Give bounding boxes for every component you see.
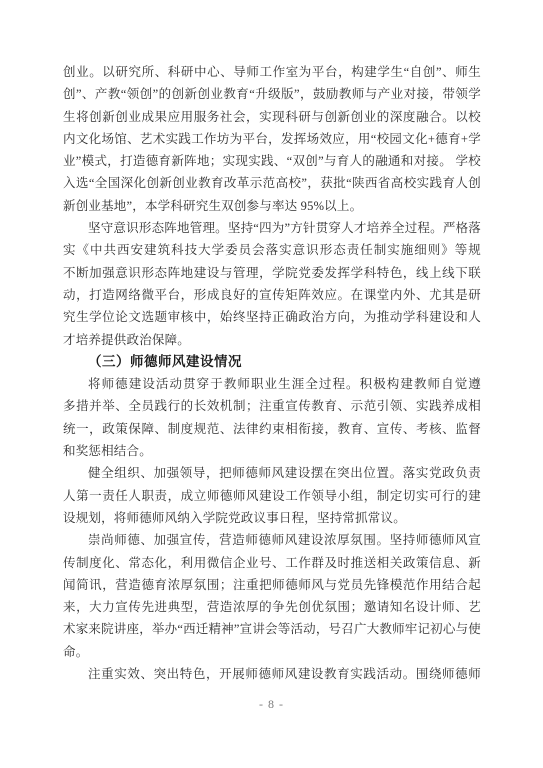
section-heading: （三）师德师风建设情况 bbox=[63, 351, 481, 373]
text-line: 究生学位论文选题审核中，始终坚持正确政治方向，为推动学科建设和人 bbox=[63, 306, 481, 328]
text-line: 和奖惩相结合。 bbox=[63, 440, 481, 462]
text-line: 创业。以研究所、科研中心、导师工作室为平台，构建学生“自创”、师生“同 bbox=[63, 61, 481, 83]
text-line: 人第一责任人职责，成立师德师风建设工作领导小组，制定切实可行的建 bbox=[63, 485, 481, 507]
text-line: 健全组织、加强领导，把师德师风建设摆在突出位置。落实党政负责 bbox=[63, 462, 481, 484]
text-line: 动，打造网络微平台，形成良好的宣传矩阵效应。在课堂内外、尤其是研 bbox=[63, 284, 481, 306]
text-line: 创”、产教“领创”的创新创业教育“升级版”，鼓励教师与产业对接，带领学 bbox=[63, 83, 481, 105]
text-line: 术家来院讲座，举办“西迁精神”宣讲会等活动，号召广大教师牢记初心与使 bbox=[63, 618, 481, 640]
text-line: 不断加强意识形态阵地建设与管理，学院党委发挥学科特色，线上线下联 bbox=[63, 262, 481, 284]
text-line: 闻简讯，营造德育浓厚氛围；注重把师德师风与党员先锋模范作用结合起 bbox=[63, 574, 481, 596]
text-line: 注重实效、突出特色，开展师德师风建设教育实践活动。围绕师德师 bbox=[63, 663, 481, 685]
text-line: 业”模式，打造德育新阵地；实现实践、“双创”与育人的融通和对接。 学校 bbox=[63, 150, 481, 172]
text-line: 崇尚师德、加强宣传，营造师德师风建设浓厚氛围。坚持师德师风宣 bbox=[63, 529, 481, 551]
text-line: 入选“全国深化创新创业教育改革示范高校”，获批“陕西省高校实践育人创 bbox=[63, 172, 481, 194]
text-line: 坚守意识形态阵地管理。坚持“四为”方针贯穿人才培养全过程。严格落 bbox=[63, 217, 481, 239]
text-line: 实《中共西安建筑科技大学委员会落实意识形态责任制实施细则》等规定， bbox=[63, 239, 481, 261]
text-line: 多措并举、全员践行的长效机制；注重宣传教育、示范引领、实践养成相 bbox=[63, 395, 481, 417]
text-line: 统一，政策保障、制度规范、法律约束相衔接，教育、宣传、考核、监督 bbox=[63, 418, 481, 440]
text-line: 才培养提供政治保障。 bbox=[63, 329, 481, 351]
text-line: 将师德建设活动贯穿于教师职业生涯全过程。积极构建教师自觉遵循， bbox=[63, 373, 481, 395]
text-line: 新创业基地”，本学科研究生双创参与率达 95%以上。 bbox=[63, 195, 481, 217]
page-number: - 8 - bbox=[0, 696, 543, 712]
text-line: 命。 bbox=[63, 641, 481, 663]
text-line: 内文化场馆、艺术实践工作坊为平台，发挥场效应，用“校园文化+德育+学 bbox=[63, 128, 481, 150]
text-line: 设规划，将师德师风纳入学院党政议事日程，坚持常抓常议。 bbox=[63, 507, 481, 529]
document-body: 创业。以研究所、科研中心、导师工作室为平台，构建学生“自创”、师生“同创”、产教… bbox=[63, 61, 481, 685]
text-line: 生将创新创业成果应用服务社会，实现科研与创新创业的深度融合。以校 bbox=[63, 106, 481, 128]
text-line: 来，大力宣传先进典型，营造浓厚的争先创优氛围；邀请知名设计师、艺 bbox=[63, 596, 481, 618]
text-line: 传制度化、常态化，利用微信企业号、工作群及时推送相关政策信息、新 bbox=[63, 552, 481, 574]
document-page: 创业。以研究所、科研中心、导师工作室为平台，构建学生“自创”、师生“同创”、产教… bbox=[0, 0, 543, 768]
